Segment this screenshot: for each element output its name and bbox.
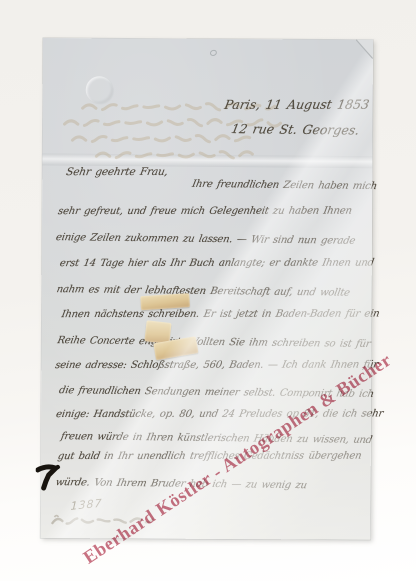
paper-top-mark [209, 49, 218, 57]
handwriting-line: einige Zeilen zukommen zu lassen. — Wir … [55, 232, 356, 247]
salutation: Sehr geehrte Frau, [65, 166, 169, 178]
handwriting-line: seine adresse: Schloßstraße, 560, Baden.… [54, 360, 378, 372]
tape-repair [140, 293, 190, 310]
handwriting-line: Ihre freundlichen Zeilen haben mich [191, 179, 378, 192]
handwriting-line: gut bald in Ihr unendlich treffliches Ge… [57, 451, 362, 463]
handwriting-line: Reihe Concerte engagirt. Wollten Sie ihm… [56, 335, 371, 350]
handwriting-line: sehr gefreut, und freue mich Gelegenheit… [57, 206, 353, 217]
handwriting-line: erst 14 Tage hier als Ihr Buch anlangte;… [59, 258, 375, 270]
dateline-place-date: Paris, 11 August 1853 [223, 97, 370, 112]
dateline-address: 12 rue St. Georges. [230, 121, 361, 138]
handwriting-line: einige: Handstücke, op. 80, und 24 Prelu… [55, 409, 384, 421]
letter-paper: Paris, 11 August 1853 12 rue St. Georges… [40, 38, 373, 540]
catalog-number: 1387 [70, 497, 102, 513]
ink-blot [36, 464, 62, 492]
catalog-photo: Paris, 11 August 1853 12 rue St. Georges… [0, 0, 416, 581]
handwriting-line: Ihnen nächstens schreiben. Er ist jetzt … [61, 309, 381, 321]
folded-corner [356, 40, 373, 59]
handwriting-line: nahm es mit der lebhaftesten Bereitschaf… [56, 284, 351, 299]
handwriting-line: freuen würde in Ihren künstlerischen Hän… [60, 431, 373, 446]
